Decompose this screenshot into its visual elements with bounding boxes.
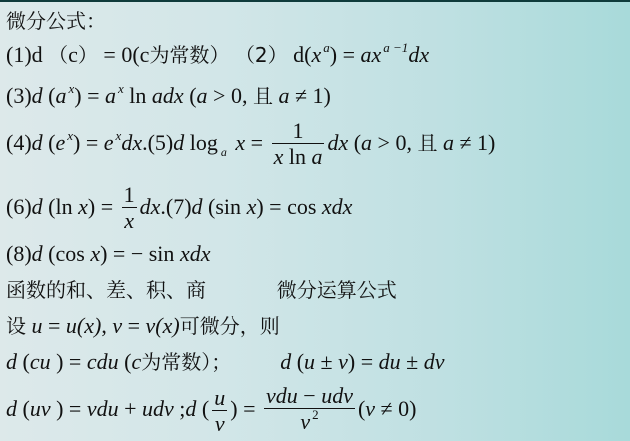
plus-minus: ± <box>321 349 333 374</box>
not-equal: ≠ <box>459 130 471 155</box>
formula-label-1: (1)d <box>6 42 43 67</box>
var-u: u <box>32 313 43 338</box>
paren: ） <box>201 350 211 374</box>
paren: ( <box>189 83 196 108</box>
denominator: x <box>122 207 137 234</box>
formula-label-7: (7) <box>166 194 192 219</box>
var-e: e <box>104 130 114 155</box>
greater-than: > <box>213 83 225 108</box>
paren: ) <box>74 83 81 108</box>
var-a: a <box>361 130 372 155</box>
paren: ( <box>297 349 304 374</box>
rules-row-2: d (uv ) = vdu + udv ;d ( u v ) = vdu − u… <box>6 384 416 438</box>
exponent-a: a <box>323 40 330 55</box>
var-v: v <box>338 349 348 374</box>
and-char: 且 <box>417 131 437 155</box>
var-c: c <box>131 349 141 374</box>
equals: = <box>361 349 373 374</box>
u-of-x: u(x) <box>66 313 101 338</box>
formula-6-7: (6)d (ln x) = 1 x dx.(7)d (sin x) = cos … <box>6 182 352 234</box>
paren: ( <box>23 396 30 421</box>
not-equal: ≠ <box>295 83 307 108</box>
one: 1 <box>313 83 324 108</box>
udv: udv <box>142 396 174 421</box>
equals: = <box>243 396 255 421</box>
var-v: v <box>112 313 122 338</box>
comma: , <box>406 130 412 155</box>
slide-title: 微分公式： <box>6 8 106 34</box>
var-a: a <box>105 83 116 108</box>
exponent-x: x <box>118 81 124 96</box>
paren: ) <box>100 241 107 266</box>
log: log <box>190 130 218 155</box>
sin: sin <box>149 241 175 266</box>
paren: ) <box>56 349 63 374</box>
uv: uv <box>30 396 51 421</box>
paren: ) <box>488 130 495 155</box>
formula-label-8: (8) <box>6 241 32 266</box>
cu: cu <box>30 349 51 374</box>
var-a: a <box>443 130 454 155</box>
var-x: x <box>274 144 284 169</box>
cos: cos <box>55 241 84 266</box>
equals: = <box>269 194 281 219</box>
formula-label-3: (3) <box>6 83 32 108</box>
equals: = <box>48 313 60 338</box>
and-char: 且 <box>253 84 273 108</box>
equals: = <box>101 194 113 219</box>
ln: ln <box>289 144 306 169</box>
paren: ) <box>330 42 337 67</box>
formula-1-2: (1)d （c） = 0(c为常数） （2） d(xa) = axa −1dx <box>6 42 429 71</box>
denominator: v2 <box>264 408 355 438</box>
slide-top-border <box>0 0 630 2</box>
d-operator: d <box>280 349 291 374</box>
paren: ) <box>88 194 95 219</box>
xdx: xdx <box>180 241 211 266</box>
zero: 0( <box>121 42 139 67</box>
equals: = <box>69 396 81 421</box>
d-operator: d <box>32 130 43 155</box>
ln: ln <box>55 194 72 219</box>
equals: = <box>86 130 98 155</box>
exponent-a-minus-1: a −1 <box>383 40 408 55</box>
minus: − <box>131 241 143 266</box>
var-a: a <box>55 83 66 108</box>
d-operator: d <box>6 396 17 421</box>
paren: ( <box>354 130 361 155</box>
sin: sin <box>215 194 241 219</box>
dx: dx <box>408 42 429 67</box>
vdu: vdu <box>266 383 298 408</box>
premise-prefix: 设 <box>6 314 26 338</box>
formula-8: (8)d (cos x) = − sin xdx <box>6 241 210 267</box>
paren: ( <box>202 396 209 421</box>
paren: ） <box>78 43 98 67</box>
exponent-x: x <box>67 128 73 143</box>
var-x: x <box>312 42 322 67</box>
log-base-a: a <box>221 145 227 159</box>
numerator: vdu − udv <box>264 384 355 408</box>
d-operator: d <box>293 42 304 67</box>
constant-note: 为常数 <box>149 43 209 67</box>
paren: ) <box>230 396 237 421</box>
var-c: c <box>68 42 78 67</box>
formula-4-5: (4)d (ex) = exdx.(5)d loga x = 1 x ln a … <box>6 118 495 171</box>
ln: ln <box>129 83 146 108</box>
var-u: u <box>304 349 315 374</box>
formula-label-4: (4) <box>6 130 32 155</box>
var-a: a <box>197 83 208 108</box>
cdu: cdu <box>87 349 119 374</box>
denominator: x ln a <box>272 143 325 170</box>
zero: 0 <box>395 130 406 155</box>
paren: ） <box>209 43 229 67</box>
greater-than: > <box>378 130 390 155</box>
denominator: v <box>212 410 227 437</box>
dv: dv <box>424 349 445 374</box>
zero: 0 <box>398 396 409 421</box>
d-operator: d <box>173 130 184 155</box>
var-v: v <box>300 409 310 434</box>
var-a: a <box>361 42 372 67</box>
paren: ( <box>304 42 311 67</box>
dx: dx <box>140 194 161 219</box>
paren: ) <box>409 396 416 421</box>
comma: , <box>242 83 248 108</box>
semicolon: ； <box>211 350 231 374</box>
var-a: a <box>311 144 322 169</box>
equals: = <box>251 130 263 155</box>
vdu: vdu <box>87 396 119 421</box>
numerator: 1 <box>122 183 137 207</box>
title-text: 微分公式： <box>6 9 106 33</box>
var-x: x <box>235 130 245 155</box>
one: 1 <box>477 130 488 155</box>
fraction-quotient-rule: vdu − udv v2 <box>264 384 355 438</box>
fraction-1-over-x: 1 x <box>122 183 137 234</box>
plus: + <box>124 396 136 421</box>
var-c: c <box>140 42 150 67</box>
plus-minus: ± <box>406 349 418 374</box>
rules-row-1: d (cu ) = cdu (c为常数）； d (u ± v) = du ± d… <box>6 349 444 375</box>
fraction-1-over-xlna: 1 x ln a <box>272 119 325 170</box>
paren: ) <box>348 349 355 374</box>
exponent-x: x <box>116 128 122 143</box>
equals: = <box>69 349 81 374</box>
minus: − <box>303 383 315 408</box>
var-v: v <box>365 396 375 421</box>
var-e: e <box>55 130 65 155</box>
var-x: x <box>90 241 100 266</box>
d-operator: d <box>32 241 43 266</box>
not-equal: ≠ <box>381 396 393 421</box>
numerator: u <box>212 386 227 410</box>
formula-3: (3)d (ax) = ax ln adx (a > 0, 且 a ≠ 1) <box>6 83 331 112</box>
paren: ) <box>56 396 63 421</box>
paren: ) <box>324 83 331 108</box>
v-of-x: v(x) <box>146 313 180 338</box>
exponent-x: x <box>68 81 74 96</box>
xdx: xdx <box>322 194 353 219</box>
equals: = <box>87 83 99 108</box>
exponent-2: 2 <box>312 407 319 422</box>
equals: = <box>128 313 140 338</box>
d-operator: d <box>32 194 43 219</box>
formula-label-6: (6) <box>6 194 32 219</box>
cos: cos <box>287 194 316 219</box>
paren: ( <box>23 349 30 374</box>
constant-note: 为常数 <box>141 350 201 374</box>
d-operator: d <box>192 194 203 219</box>
equals: = <box>103 42 115 67</box>
dx: dx <box>121 130 142 155</box>
var-x: x <box>372 42 382 67</box>
udv: udv <box>321 383 353 408</box>
adx: adx <box>152 83 184 108</box>
paren: ) <box>73 130 80 155</box>
var-x: x <box>247 194 257 219</box>
equals: = <box>343 42 355 67</box>
numerator: 1 <box>272 119 325 143</box>
d-operator: d <box>32 83 43 108</box>
comma: , <box>101 313 107 338</box>
premise-suffix: 可微分，则 <box>180 314 280 338</box>
fraction-u-over-v: u v <box>212 386 227 437</box>
d-operator: d <box>185 396 196 421</box>
section-heading: 函数的和、差、积、商 微分运算公式 <box>6 277 397 303</box>
section-heading-left: 函数的和、差、积、商 <box>6 278 206 302</box>
var-x: x <box>78 194 88 219</box>
section-heading-right: 微分运算公式 <box>277 278 397 302</box>
paren: ) <box>256 194 263 219</box>
dx: dx <box>327 130 348 155</box>
paren: （ <box>48 43 68 67</box>
formula-label-2: （2） <box>235 43 288 67</box>
d-operator: d <box>6 349 17 374</box>
du: du <box>379 349 401 374</box>
zero: 0 <box>231 83 242 108</box>
premise: 设 u = u(x), v = v(x)可微分，则 <box>6 313 280 339</box>
formula-label-5: (5) <box>148 130 174 155</box>
equals: = <box>113 241 125 266</box>
var-a: a <box>278 83 289 108</box>
